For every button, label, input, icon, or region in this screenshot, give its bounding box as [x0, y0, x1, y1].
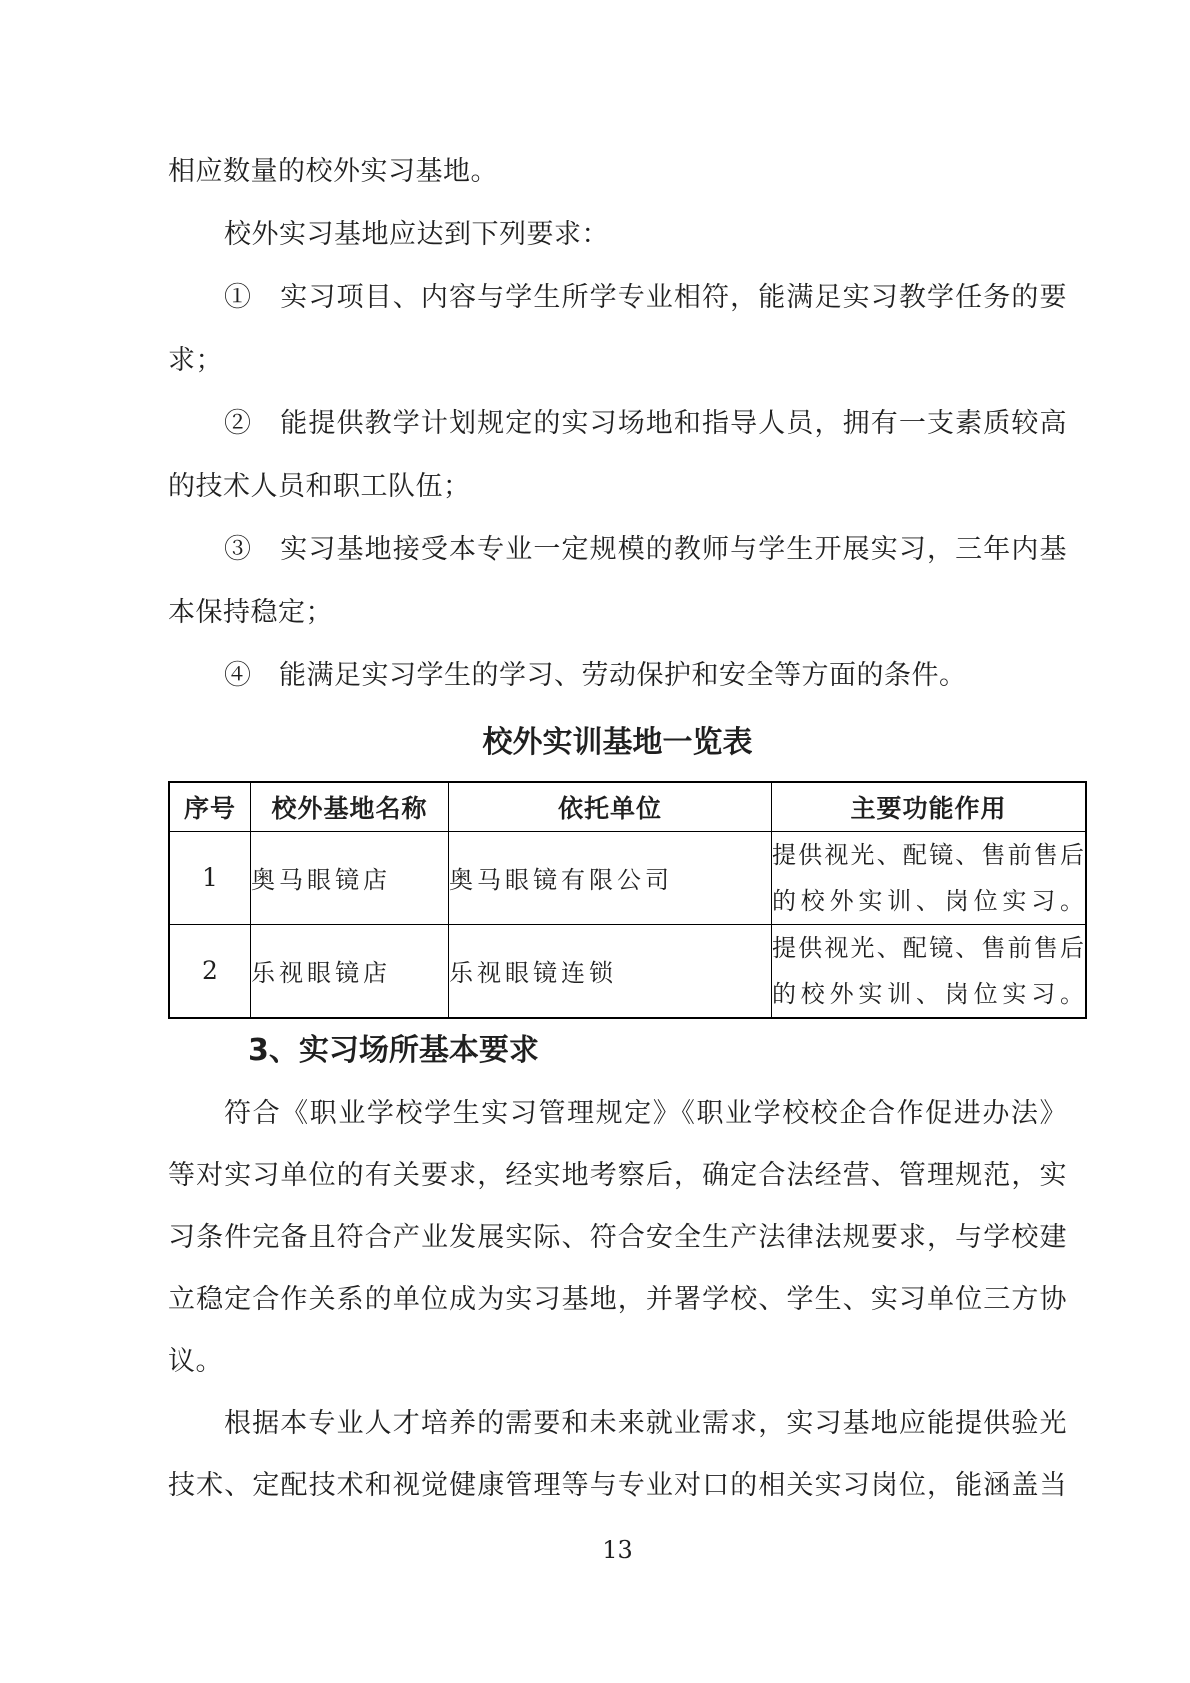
- cell-row-number: 2: [169, 924, 251, 1018]
- cell-function-line: 提供视光、配镜、售前售后: [772, 832, 1085, 878]
- lower-paragraphs: 符合《职业学校学生实习管理规定》《职业学校校企合作促进办法》 等对实习单位的有关…: [168, 1083, 1067, 1517]
- training-base-table: 序号 校外基地名称 依托单位 主要功能作用 1 奥马眼镜店 奥马眼镜有限公司 提…: [168, 781, 1087, 1019]
- page-number: 13: [168, 1535, 1067, 1565]
- header-cell-no: 序号: [169, 782, 251, 831]
- paragraph-line: 技术、定配技术和视觉健康管理等与专业对口的相关实习岗位，能涵盖当: [168, 1455, 1067, 1517]
- paragraph-line: 符合《职业学校学生实习管理规定》《职业学校校企合作促进办法》: [168, 1083, 1067, 1145]
- paragraph-line: 议。: [168, 1331, 1067, 1393]
- list-item-1: ① 实习项目、内容与学生所学专业相符，能满足实习教学任务的要: [168, 266, 1067, 329]
- section-heading: 3、实习场所基本要求: [168, 1031, 1067, 1071]
- table-header-row: 序号 校外基地名称 依托单位 主要功能作用: [169, 782, 1086, 831]
- paragraph-line: 校外实习基地应达到下列要求：: [168, 203, 1067, 266]
- header-cell-func: 主要功能作用: [772, 782, 1087, 831]
- header-cell-org: 依托单位: [449, 782, 772, 831]
- cell-org-name: 乐视眼镜连锁: [449, 924, 772, 1018]
- paragraph-line: 求；: [168, 329, 1067, 392]
- cell-function: 提供视光、配镜、售前售后 的校外实训、岗位实习。: [772, 831, 1087, 924]
- cell-function: 提供视光、配镜、售前售后 的校外实训、岗位实习。: [772, 924, 1087, 1018]
- list-item-3: ③ 实习基地接受本专业一定规模的教师与学生开展实习，三年内基: [168, 518, 1067, 581]
- cell-function-line: 的校外实训、岗位实习。: [772, 971, 1085, 1017]
- list-item-2: ② 能提供教学计划规定的实习场地和指导人员，拥有一支素质较高: [168, 392, 1067, 455]
- paragraph-line: 习条件完备且符合产业发展实际、符合安全生产法律法规要求，与学校建: [168, 1207, 1067, 1269]
- table-row: 1 奥马眼镜店 奥马眼镜有限公司 提供视光、配镜、售前售后 的校外实训、岗位实习…: [169, 831, 1086, 924]
- cell-base-name: 奥马眼镜店: [251, 831, 449, 924]
- document-content: 相应数量的校外实习基地。 校外实习基地应达到下列要求： ① 实习项目、内容与学生…: [168, 0, 1067, 1565]
- paragraph-line: 根据本专业人才培养的需要和未来就业需求，实习基地应能提供验光: [168, 1393, 1067, 1455]
- list-item-4: ④ 能满足实习学生的学习、劳动保护和安全等方面的条件。: [168, 644, 1067, 707]
- cell-row-number: 1: [169, 831, 251, 924]
- table-title: 校外实训基地一览表: [168, 723, 1067, 763]
- paragraph-line: 的技术人员和职工队伍；: [168, 455, 1067, 518]
- cell-org-name: 奥马眼镜有限公司: [449, 831, 772, 924]
- cell-function-line: 的校外实训、岗位实习。: [772, 878, 1085, 924]
- table-row: 2 乐视眼镜店 乐视眼镜连锁 提供视光、配镜、售前售后 的校外实训、岗位实习。: [169, 924, 1086, 1018]
- paragraph-line: 等对实习单位的有关要求，经实地考察后，确定合法经营、管理规范，实: [168, 1145, 1067, 1207]
- paragraph-line: 相应数量的校外实习基地。: [168, 140, 1067, 203]
- paragraph-line: 本保持稳定；: [168, 581, 1067, 644]
- document-page: 相应数量的校外实习基地。 校外实习基地应达到下列要求： ① 实习项目、内容与学生…: [0, 0, 1190, 1683]
- header-cell-name: 校外基地名称: [251, 782, 449, 831]
- paragraph-line: 立稳定合作关系的单位成为实习基地，并署学校、学生、实习单位三方协: [168, 1269, 1067, 1331]
- cell-base-name: 乐视眼镜店: [251, 924, 449, 1018]
- cell-function-line: 提供视光、配镜、售前售后: [772, 925, 1085, 971]
